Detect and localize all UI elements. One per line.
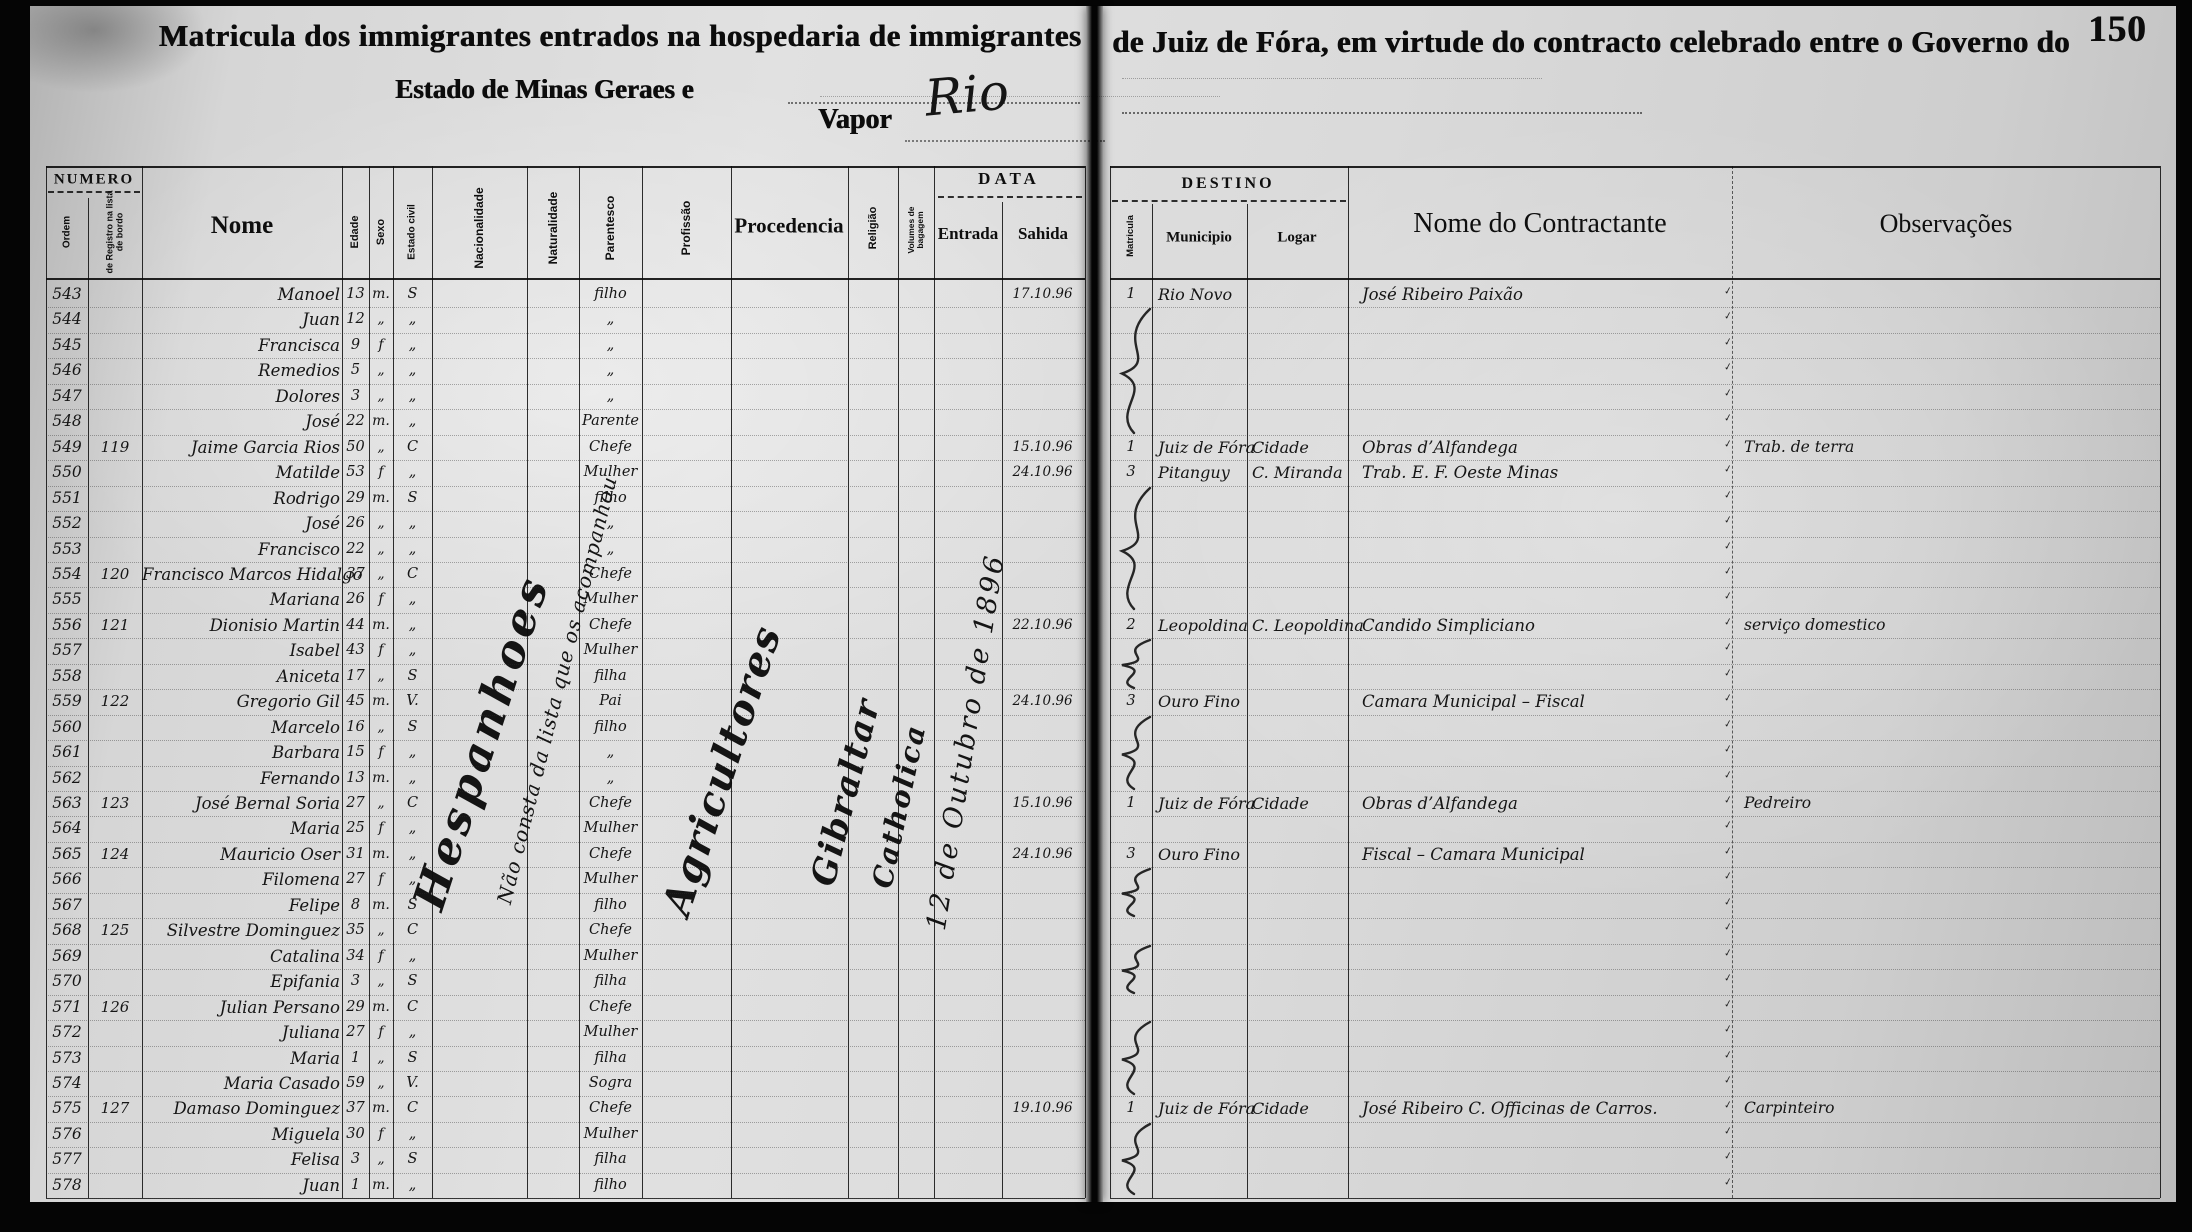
cell-sexo: m. [369,893,393,918]
col-entrada: Entrada [938,224,998,244]
cell-nome: Maria [142,1046,340,1071]
cell-matricula: 1 [1110,791,1152,816]
cell-matricula: 1 [1110,282,1152,307]
grid-line [1110,1071,2160,1072]
cell-sexo: m. [369,995,393,1020]
cell-estado: S [393,893,432,918]
cell-contractante: Obras d’Alfandega [1362,791,1732,816]
cell-nome: Damaso Dominguez [142,1096,340,1121]
grid-line [46,435,1085,436]
cell-sexo: m. [369,613,393,638]
cell-ordem: 565 [46,842,88,867]
cell-ordem: 577 [46,1147,88,1172]
grid-line [1110,969,2160,970]
grid-line [1110,995,2160,996]
cell-edade: 30 [342,1122,369,1147]
grid-line [1110,1096,2160,1097]
grid-line [1110,1173,2160,1174]
cell-edade: 43 [342,638,369,663]
cell-ordem: 564 [46,816,88,841]
grid-line [432,166,433,1198]
cell-obs: serviço domestico [1744,613,2150,638]
grid-line [46,537,1085,538]
group-brace-flourish [1108,638,1168,690]
cell-parentesco: Mulher [579,1020,642,1045]
cell-registro: 125 [88,918,142,943]
cell-sexo: m. [369,486,393,511]
cell-edade: 22 [342,409,369,434]
cell-sexo: f [369,460,393,485]
cell-estado: „ [393,740,432,765]
cell-nome: Juliana [142,1020,340,1045]
cell-estado: „ [393,1173,432,1198]
cell-parentesco: Chefe [579,791,642,816]
grid-line [1110,689,2160,690]
grid-line [46,689,1085,690]
cell-ordem: 543 [46,282,88,307]
cell-municipio: Leopoldina [1158,613,1247,638]
cell-contractante: José Ribeiro Paixão [1362,282,1732,307]
cell-edade: 31 [342,842,369,867]
cell-nome: José [142,409,340,434]
cell-ordem: 557 [46,638,88,663]
grid-line [46,867,1085,868]
cell-sexo: „ [369,384,393,409]
cell-registro: 124 [88,842,142,867]
cell-edade: 27 [342,791,369,816]
cell-sexo: „ [369,1147,393,1172]
cell-parentesco: „ [579,307,642,332]
cell-estado: „ [393,307,432,332]
cell-edade: 22 [342,537,369,562]
cell-contractante: Trab. E. F. Oeste Minas [1362,460,1732,485]
grid-line [46,638,1085,639]
cell-matricula: 3 [1110,689,1152,714]
cell-parentesco: „ [579,537,642,562]
group-brace-flourish [1108,1020,1168,1096]
grid-line [1110,384,2160,385]
grid-line [46,1198,1085,1199]
col-logar: Logar [1277,230,1316,247]
cell-parentesco: Mulher [579,1122,642,1147]
col-volumes: Volumes de bagagem [907,188,925,272]
grid-line [1732,166,1733,1198]
cell-registro: 127 [88,1096,142,1121]
cell-nome: José Bernal Soria [142,791,340,816]
grid-line [46,358,1085,359]
grid-line [1110,791,2160,792]
cell-parentesco: Chefe [579,995,642,1020]
cell-sexo: „ [369,435,393,460]
cell-sahida: 15.10.96 [1000,791,1085,816]
cell-municipio: Juiz de Fóra [1158,435,1247,460]
grid-line [1110,816,2160,817]
cell-edade: 1 [342,1173,369,1198]
grid-line [1110,486,2160,487]
cell-sexo: „ [369,1071,393,1096]
cell-nome: Francisco Marcos Hidalgo [142,562,340,587]
cell-nome: Jaime Garcia Rios [142,435,340,460]
col-registro: de Registro na lista de bordo [105,190,124,274]
col-contractante: Nome do Contractante [1413,208,1666,240]
cell-registro: 123 [88,791,142,816]
col-observacoes: Observações [1880,209,2013,239]
cell-sexo: „ [369,358,393,383]
cell-edade: 27 [342,867,369,892]
cell-estado: C [393,995,432,1020]
cell-edade: 50 [342,435,369,460]
grid-line [1110,1122,2160,1123]
cell-obs: Trab. de terra [1744,435,2150,460]
cell-edade: 8 [342,893,369,918]
cell-municipio: Ouro Fino [1158,689,1247,714]
cell-ordem: 563 [46,791,88,816]
col-ordem: Ordem [62,216,73,248]
grid-line [142,166,143,1198]
cell-parentesco: „ [579,358,642,383]
cell-parentesco: filho [579,715,642,740]
cell-estado: „ [393,613,432,638]
cell-parentesco: „ [579,384,642,409]
cell-matricula: 2 [1110,613,1152,638]
cell-parentesco: filha [579,664,642,689]
grid-line [1110,511,2160,512]
cell-estado: V. [393,1071,432,1096]
cell-nome: Francisco [142,537,340,562]
cell-logar: C. Leopoldina [1252,613,1348,638]
grid-line [1112,200,1346,202]
cell-nome: Rodrigo [142,486,340,511]
cell-sexo: f [369,1122,393,1147]
grid-line [46,918,1085,919]
cell-nome: Fernando [142,766,340,791]
cell-parentesco: „ [579,333,642,358]
cell-nome: Marcelo [142,715,340,740]
grid-line [1110,893,2160,894]
group-brace-flourish [1108,944,1168,995]
col-estado-civil: Estado civil [407,204,418,260]
cell-estado: „ [393,1122,432,1147]
cell-contractante: José Ribeiro C. Officinas de Carros. [1362,1096,1732,1121]
cell-edade: 13 [342,282,369,307]
cell-edade: 5 [342,358,369,383]
cell-estado: S [393,664,432,689]
grid-line [898,166,899,1198]
cell-estado: C [393,791,432,816]
cell-municipio: Juiz de Fóra [1158,791,1247,816]
cell-sexo: „ [369,511,393,536]
col-group-data: DATA [978,169,1040,189]
cell-estado: S [393,969,432,994]
cell-sahida: 24.10.96 [1000,460,1085,485]
col-sahida: Sahida [1018,224,1068,244]
cell-nome: Dolores [142,384,340,409]
cell-nome: Dionisio Martin [142,613,340,638]
grid-line [848,166,849,1198]
col-edade: Edade [349,215,361,248]
cell-matricula: 3 [1110,460,1152,485]
cell-sexo: f [369,1020,393,1045]
grid-line [731,166,732,1198]
cell-edade: 37 [342,1096,369,1121]
cell-nome: Catalina [142,944,340,969]
cell-registro: 119 [88,435,142,460]
grid-line [1110,537,2160,538]
grid-line [46,995,1085,996]
cell-nome: Miguela [142,1122,340,1147]
cell-edade: 13 [342,766,369,791]
cell-contractante: Candido Simpliciano [1362,613,1732,638]
cell-nome: Mauricio Oser [142,842,340,867]
cell-edade: 59 [342,1071,369,1096]
cell-ordem: 578 [46,1173,88,1198]
col-matricula: Matricula [1126,194,1136,278]
cell-parentesco: filha [579,1147,642,1172]
cell-parentesco: filho [579,486,642,511]
cell-sexo: m. [369,689,393,714]
grid-line [1110,307,2160,308]
grid-line [1110,1198,2160,1199]
cell-ordem: 551 [46,486,88,511]
cell-ordem: 559 [46,689,88,714]
cell-nome: Juan [142,1173,340,1198]
cell-parentesco: filho [579,282,642,307]
grid-line [2160,166,2161,1198]
cell-estado: S [393,1046,432,1071]
cell-sexo: f [369,816,393,841]
grid-line [1110,944,2160,945]
group-brace-flourish [1108,1122,1168,1196]
grid-line [46,460,1085,461]
cell-sexo: m. [369,282,393,307]
title-left-line2: Estado de Minas Geraes e [395,74,693,105]
grid-line [46,1046,1085,1047]
col-sexo: Sexo [375,219,387,245]
cell-contractante: Fiscal – Camara Municipal [1362,842,1732,867]
cell-estado: S [393,486,432,511]
grid-line [1110,715,2160,716]
cell-matricula: 1 [1110,1096,1152,1121]
cell-edade: 53 [342,460,369,485]
grid-line [934,166,935,1198]
grid-line [1110,1147,2160,1148]
cell-edade: 12 [342,307,369,332]
cell-registro: 122 [88,689,142,714]
col-nome: Nome [211,212,273,240]
cell-ordem: 572 [46,1020,88,1045]
cell-estado: „ [393,460,432,485]
cell-edade: 3 [342,1147,369,1172]
page-number: 150 [2088,8,2147,51]
grid-line [46,486,1085,487]
cell-sexo: f [369,587,393,612]
cell-estado: C [393,918,432,943]
group-brace-flourish [1108,715,1168,791]
cell-ordem: 568 [46,918,88,943]
cell-ordem: 570 [46,969,88,994]
grid-line [1110,918,2160,919]
cell-edade: 16 [342,715,369,740]
grid-line [46,1173,1085,1174]
col-parentesco: Parentesco [603,196,617,261]
grid-line [46,166,1085,168]
cell-sexo: m. [369,1096,393,1121]
grid-line [579,166,580,1198]
grid-line [46,511,1085,512]
cell-parentesco: filho [579,893,642,918]
cell-matricula: 3 [1110,842,1152,867]
cell-parentesco: „ [579,740,642,765]
cell-estado: V. [393,689,432,714]
grid-line [1110,278,2160,280]
cell-ordem: 558 [46,664,88,689]
cell-parentesco: Chefe [579,435,642,460]
vapor-name-handwritten: Rio [923,62,1011,127]
cell-ordem: 545 [46,333,88,358]
grid-line [1110,842,2160,843]
cell-sexo: „ [369,537,393,562]
cell-edade: 15 [342,740,369,765]
grid-line [46,333,1085,334]
grid-line [938,196,1082,198]
cell-sexo: m. [369,766,393,791]
cell-ordem: 546 [46,358,88,383]
cell-ordem: 561 [46,740,88,765]
cell-obs: Carpinteiro [1744,1096,2150,1121]
cell-estado: „ [393,766,432,791]
cell-estado: „ [393,333,432,358]
grid-line [46,307,1085,308]
grid-line [46,1147,1085,1148]
cell-sexo: f [369,944,393,969]
grid-line [1110,740,2160,741]
cell-municipio: Ouro Fino [1158,842,1247,867]
cell-sexo: „ [369,1046,393,1071]
cell-ordem: 549 [46,435,88,460]
cell-edade: 29 [342,995,369,1020]
cell-municipio: Juiz de Fóra [1158,1096,1247,1121]
scanned-ledger-page: Matricula dos immigrantes entrados na ho… [0,0,2192,1232]
cell-municipio: Rio Novo [1158,282,1247,307]
cell-parentesco: Mulher [579,816,642,841]
cell-estado: C [393,1096,432,1121]
cell-sexo: m. [369,1173,393,1198]
cell-sexo: „ [369,715,393,740]
cell-obs: Pedreiro [1744,791,2150,816]
cell-nome: Aniceta [142,664,340,689]
cell-parentesco: Sogra [579,1071,642,1096]
cell-ordem: 566 [46,867,88,892]
cell-estado: S [393,282,432,307]
cell-parentesco: filho [579,1173,642,1198]
cell-nome: Gregorio Gil [142,689,340,714]
cell-estado: „ [393,867,432,892]
cell-edade: 27 [342,1020,369,1045]
col-group-destino: DESTINO [1181,175,1274,193]
cell-edade: 3 [342,969,369,994]
col-naturalidade: Naturalidade [546,192,560,265]
scan-scratch-line [1122,78,1542,79]
grid-line [46,893,1085,894]
grid-line [1110,766,2160,767]
grid-line [46,766,1085,767]
blank-line-faint [820,96,1220,97]
cell-parentesco: „ [579,511,642,536]
cell-sexo: „ [369,664,393,689]
cell-ordem: 567 [46,893,88,918]
grid-line [46,740,1085,741]
cell-sexo: f [369,740,393,765]
cell-matricula: 1 [1110,435,1152,460]
group-brace-flourish [1108,307,1168,435]
cell-nome: Manoel [142,282,340,307]
grid-line [88,198,89,1198]
grid-line [1110,867,2160,868]
cell-parentesco: Chefe [579,918,642,943]
grid-line [46,1071,1085,1072]
cell-sahida: 17.10.96 [1000,282,1085,307]
cell-edade: 17 [342,664,369,689]
cell-nome: Filomena [142,867,340,892]
cell-parentesco: „ [579,766,642,791]
grid-line [393,166,394,1198]
cell-edade: 35 [342,918,369,943]
cell-sexo: „ [369,307,393,332]
cell-estado: S [393,1147,432,1172]
cell-edade: 29 [342,486,369,511]
cell-edade: 3 [342,384,369,409]
cell-ordem: 575 [46,1096,88,1121]
cell-registro: 120 [88,562,142,587]
cell-parentesco: Mulher [579,638,642,663]
grid-line [46,969,1085,970]
cell-nome: Felisa [142,1147,340,1172]
grid-line [1348,166,1349,1198]
grid-line [1110,358,2160,359]
cell-logar: Cidade [1252,791,1348,816]
cell-edade: 26 [342,511,369,536]
cell-estado: „ [393,537,432,562]
cell-logar: Cidade [1252,1096,1348,1121]
col-procedencia: Procedencia [734,214,843,239]
grid-line [46,1020,1085,1021]
cell-estado: „ [393,587,432,612]
col-nacionalidade: Nacionalidade [472,187,486,268]
grid-line [1110,664,2160,665]
grid-line [1110,562,2160,563]
cell-sahida: 24.10.96 [1000,842,1085,867]
cell-sexo: f [369,333,393,358]
cell-parentesco: Chefe [579,613,642,638]
grid-line [46,715,1085,716]
cell-ordem: 550 [46,460,88,485]
cell-ordem: 554 [46,562,88,587]
cell-nome: Barbara [142,740,340,765]
page-gutter [1086,6,1103,1202]
cell-nome: Isabel [142,638,340,663]
col-group-numero: NUMERO [54,172,134,189]
grid-line [642,166,643,1198]
cell-parentesco: Mulher [579,867,642,892]
cell-ordem: 555 [46,587,88,612]
cell-estado: „ [393,511,432,536]
cell-estado: „ [393,638,432,663]
cell-sahida: 22.10.96 [1000,613,1085,638]
cell-edade: 26 [342,587,369,612]
title-left: Matricula dos immigrantes entrados na ho… [150,18,1090,54]
grid-line [1110,166,2160,168]
grid-line [1110,1046,2160,1047]
